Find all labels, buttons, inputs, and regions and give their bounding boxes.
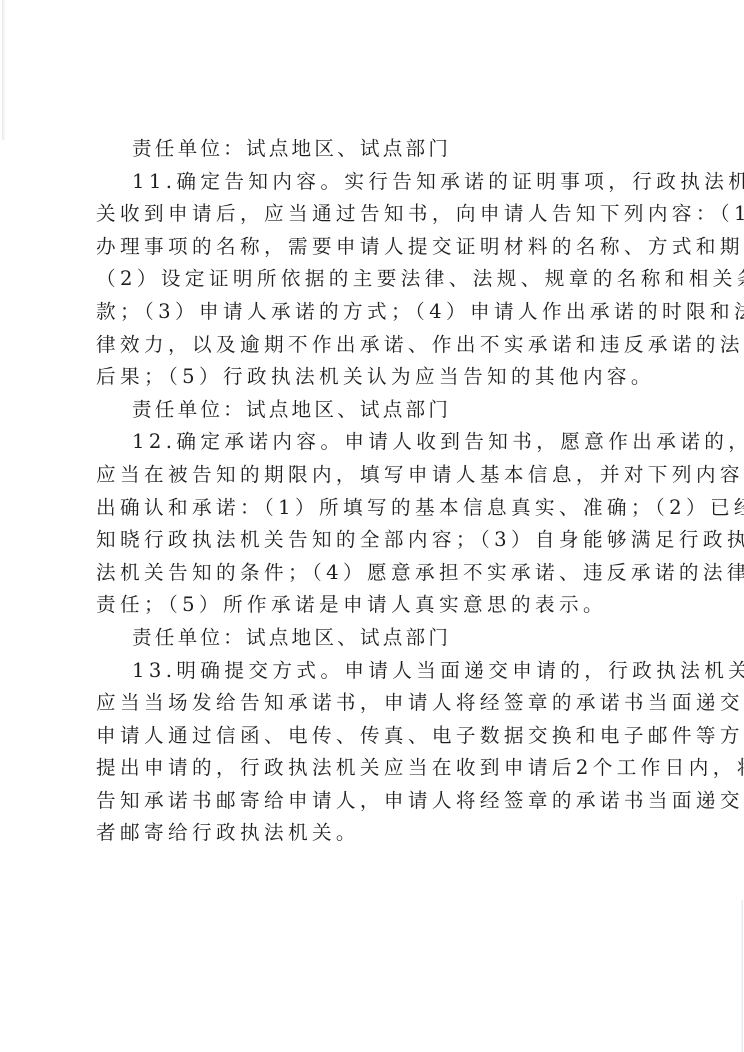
text-line: 提出申请的，行政执法机关应当在收到申请后2个工作日内，将: [96, 752, 648, 785]
text-line: 知晓行政执法机关告知的全部内容；（3）自身能够满足行政执: [96, 524, 648, 557]
responsibility-line: 责任单位：试点地区、试点部门: [96, 394, 648, 427]
responsibility-line: 责任单位：试点地区、试点部门: [96, 622, 648, 655]
text-line: 告知承诺书邮寄给申请人，申请人将经签章的承诺书当面递交或: [96, 785, 648, 818]
text-line: 关收到申请后，应当通过告知书，向申请人告知下列内容：（1）: [96, 198, 648, 231]
text-line: 13.明确提交方式。申请人当面递交申请的，行政执法机关: [96, 655, 648, 688]
paragraph-13-specify-submission-method: 13.明确提交方式。申请人当面递交申请的，行政执法机关 应当当场发给告知承诺书，…: [96, 655, 648, 851]
paragraph-11-confirm-notification-content: 11.确定告知内容。实行告知承诺的证明事项，行政执法机 关收到申请后，应当通过告…: [96, 166, 648, 394]
paragraph-12-confirm-commitment-content: 12.确定承诺内容。申请人收到告知书，愿意作出承诺的， 应当在被告知的期限内，填…: [96, 426, 648, 622]
text-line: 后果；（5）行政执法机关认为应当告知的其他内容。: [96, 361, 648, 394]
text-line: 责任单位：试点地区、试点部门: [96, 622, 648, 655]
text-line: 责任单位：试点地区、试点部门: [96, 133, 648, 166]
text-line: 出确认和承诺：（1）所填写的基本信息真实、准确；（2）已经: [96, 492, 648, 525]
text-line: 法机关告知的条件；（4）愿意承担不实承诺、违反承诺的法律: [96, 557, 648, 590]
text-line: 款；（3）申请人承诺的方式；（4）申请人作出承诺的时限和法: [96, 296, 648, 329]
text-line: 11.确定告知内容。实行告知承诺的证明事项，行政执法机: [96, 166, 648, 199]
document-body: 责任单位：试点地区、试点部门 11.确定告知内容。实行告知承诺的证明事项，行政执…: [96, 133, 648, 850]
text-line: 责任；（5）所作承诺是申请人真实意思的表示。: [96, 589, 648, 622]
scan-edge-shadow-right: [741, 900, 743, 1052]
text-line: 律效力，以及逾期不作出承诺、作出不实承诺和违反承诺的法律: [96, 329, 648, 362]
text-line: 申请人通过信函、电传、传真、电子数据交换和电子邮件等方式: [96, 720, 648, 753]
scan-edge-shadow-left: [2, 0, 5, 140]
text-line: 办理事项的名称，需要申请人提交证明材料的名称、方式和期限；: [96, 231, 648, 264]
text-line: 应当当场发给告知承诺书，申请人将经签章的承诺书当面递交；: [96, 687, 648, 720]
text-line: 责任单位：试点地区、试点部门: [96, 394, 648, 427]
responsibility-line: 责任单位：试点地区、试点部门: [96, 133, 648, 166]
text-line: 者邮寄给行政执法机关。: [96, 817, 648, 850]
document-page: 责任单位：试点地区、试点部门 11.确定告知内容。实行告知承诺的证明事项，行政执…: [0, 0, 744, 1052]
text-line: （2）设定证明所依据的主要法律、法规、规章的名称和相关条: [96, 263, 648, 296]
text-line: 应当在被告知的期限内，填写申请人基本信息，并对下列内容作: [96, 459, 648, 492]
text-line: 12.确定承诺内容。申请人收到告知书，愿意作出承诺的，: [96, 426, 648, 459]
